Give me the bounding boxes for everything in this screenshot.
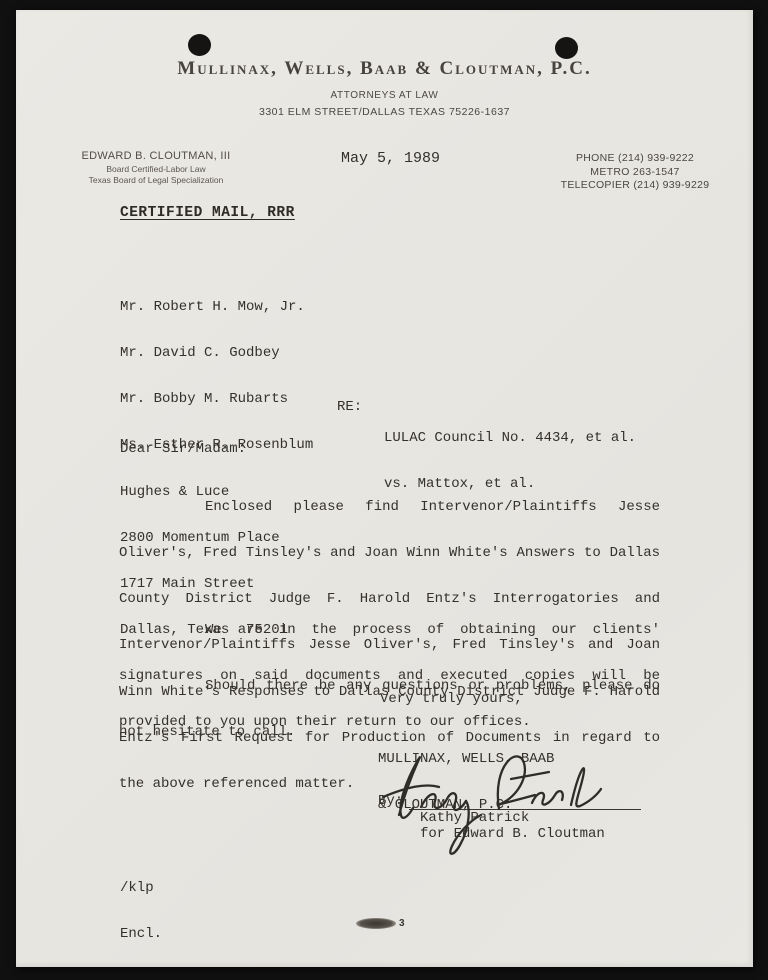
hole-punch-left xyxy=(188,34,211,56)
signer-for: for Edward B. Cloutman xyxy=(420,827,605,842)
attorney-name: EDWARD B. CLOUTMAN, III xyxy=(56,150,256,162)
attorney-block: EDWARD B. CLOUTMAN, III Board Certified-… xyxy=(56,150,256,185)
letterhead-tagline: ATTORNEYS AT LAW xyxy=(16,90,753,101)
salutation: Dear Sir/Madam: xyxy=(120,442,246,457)
contact-phone: PHONE (214) 939-9222 xyxy=(527,152,743,166)
mail-method: CERTIFIED MAIL, RRR xyxy=(120,206,295,221)
letterhead-address: 3301 ELM STREET/DALLAS TEXAS 75226-1637 xyxy=(16,106,753,118)
enclosure-notation: Encl. xyxy=(120,927,162,942)
recipient-line: Mr. Robert H. Mow, Jr. xyxy=(120,300,313,315)
letter-page: Mullinax, Wells, Baab & Cloutman, P.C. A… xyxy=(16,10,753,967)
scanned-letter-screenshot: { "letterhead": { "firm_name": "Mullinax… xyxy=(0,0,768,980)
page-stamp: 3 xyxy=(356,918,405,929)
contact-block: PHONE (214) 939-9222 METRO 263-1547 TELE… xyxy=(527,152,743,193)
signer-name: Kathy Patrick xyxy=(420,811,529,826)
typist-initials: /klp xyxy=(120,881,162,896)
body-line: Enclosed please find Intervenor/Plaintif… xyxy=(119,500,660,515)
re-line: LULAC Council No. 4434, et al. xyxy=(384,431,636,446)
contact-telecopier: TELECOPIER (214) 939-9229 xyxy=(527,179,743,193)
re-label: RE: xyxy=(337,400,362,415)
reference-block: /klp Encl. xyxy=(120,850,162,973)
signature xyxy=(371,743,606,861)
letter-date: May 5, 1989 xyxy=(341,151,440,166)
attorney-cert-1: Board Certified-Labor Law xyxy=(56,164,256,175)
recipient-line: Mr. David C. Godbey xyxy=(120,346,313,361)
letterhead-firm-name: Mullinax, Wells, Baab & Cloutman, P.C. xyxy=(16,58,753,80)
contact-metro: METRO 263-1547 xyxy=(527,166,743,180)
closing: Very truly yours, xyxy=(380,692,523,707)
stamp-number: 3 xyxy=(399,918,405,929)
hole-punch-right xyxy=(555,37,578,59)
attorney-cert-2: Texas Board of Legal Specialization xyxy=(56,175,256,186)
body-line: Oliver's, Fred Tinsley's and Joan Winn W… xyxy=(119,546,660,561)
recipient-line: Mr. Bobby M. Rubarts xyxy=(120,392,313,407)
stamp-smudge-icon xyxy=(356,918,396,929)
body-line: We are in the process of obtaining our c… xyxy=(119,623,660,638)
